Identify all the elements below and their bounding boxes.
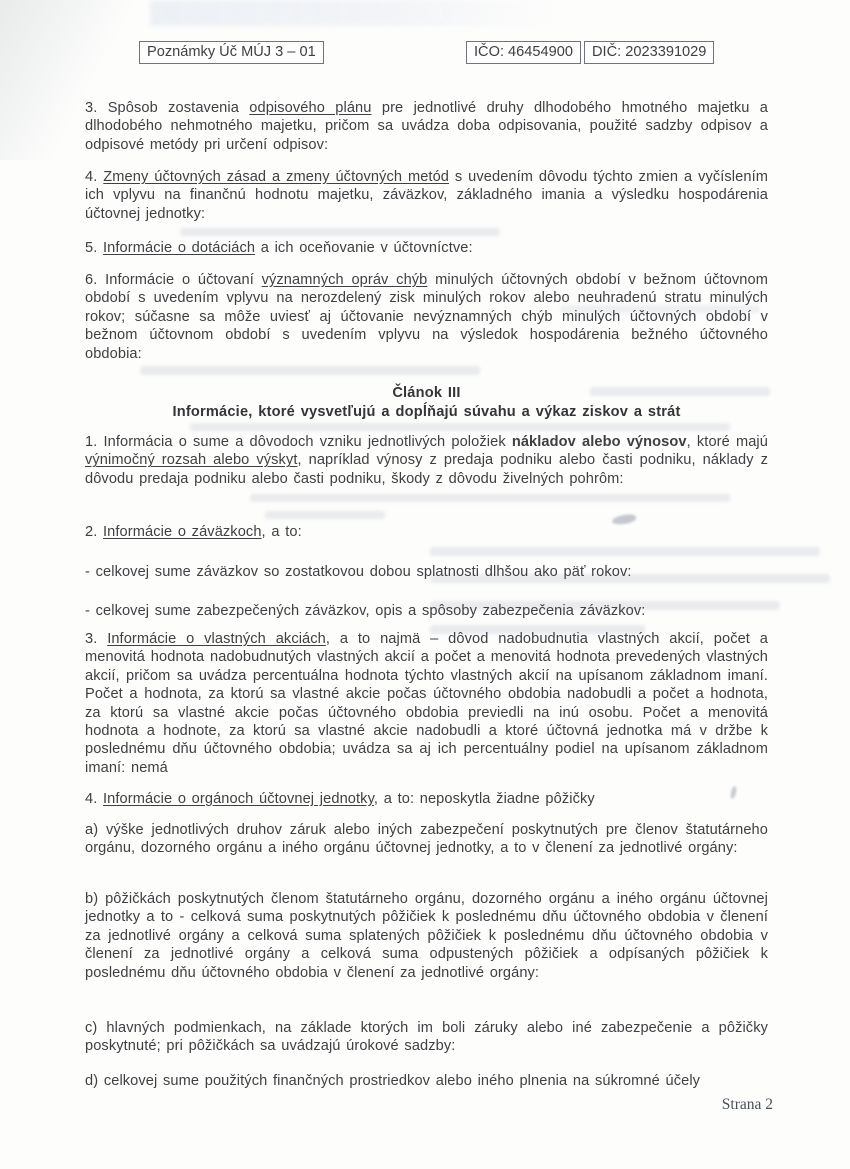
text-run: Článok III xyxy=(392,385,460,401)
text-run: 3. Spôsob zostavenia xyxy=(85,100,249,116)
text-run: c) hlavných podmienkach, na základe ktor… xyxy=(85,1020,768,1054)
paragraph-1-naklady-vynosy: 1. Informácia o sume a dôvodoch vzniku j… xyxy=(85,433,768,488)
bleedthrough-artifact xyxy=(140,366,480,375)
item-d-sukromne-ucely: d) celkovej sume použitých finančných pr… xyxy=(85,1072,768,1090)
dic-box: DIČ: 2023391029 xyxy=(584,41,714,64)
underlined-text: významných opráv chýb xyxy=(262,272,428,288)
bleedthrough-artifact xyxy=(265,511,385,519)
form-id-box: Poznámky Úč MÚJ 3 – 01 xyxy=(139,41,324,64)
bleedthrough-artifact xyxy=(190,423,730,431)
paragraph-4-zmeny-zasad: 4. Zmeny účtovných zásad a zmeny účtovný… xyxy=(85,168,768,223)
bold-text: nákladov alebo výnosov xyxy=(512,434,687,450)
article-heading: Článok III xyxy=(85,384,768,402)
text-run: , ktoré majú xyxy=(687,434,768,450)
paragraph-6-opravy-chyb: 6. Informácie o účtovaní významných oprá… xyxy=(85,271,768,363)
underlined-text: Informácie o záväzkoch xyxy=(103,524,262,540)
bleedthrough-artifact xyxy=(180,228,500,236)
text-run: 1. Informácia o sume a dôvodoch vzniku j… xyxy=(85,434,512,450)
page-number: Strana 2 xyxy=(85,1096,773,1114)
text-run: 6. Informácie o účtovaní xyxy=(85,272,262,288)
text-run: 4. xyxy=(85,169,103,185)
text-run: b) pôžičkách poskytnutých členom štatutá… xyxy=(85,891,768,981)
text-run: 5. xyxy=(85,240,103,256)
paragraph-3-odpisovy-plan: 3. Spôsob zostavenia odpisového plánu pr… xyxy=(85,99,768,154)
text-run: d) celkovej sume použitých finančných pr… xyxy=(85,1073,700,1089)
text-run: a ich oceňovanie v účtovníctve: xyxy=(255,240,473,256)
item-c-podmienky: c) hlavných podmienkach, na základe ktor… xyxy=(85,1019,768,1056)
item-b-pozicky: b) pôžičkách poskytnutých členom štatutá… xyxy=(85,890,768,982)
scan-top-texture xyxy=(150,0,550,26)
paragraph-2-zavazky: 2. Informácie o záväzkoch, a to: xyxy=(85,523,768,541)
bullet-zavazky-splatnost: - celkovej sume záväzkov so zostatkovou … xyxy=(85,563,768,581)
text-run: , a to: xyxy=(262,524,302,540)
underlined-text: Informácie o vlastných akciách xyxy=(107,631,326,647)
text-run: a) výške jednotlivých druhov záruk alebo… xyxy=(85,822,768,856)
paragraph-3-vlastne-akcie: 3. Informácie o vlastných akciách, a to … xyxy=(85,630,768,777)
underlined-text: Zmeny účtovných zásad a zmeny účtovných … xyxy=(103,169,449,185)
bleedthrough-artifact xyxy=(430,547,820,556)
text-run: 4. xyxy=(85,791,103,807)
paragraph-4-organy: 4. Informácie o orgánoch účtovnej jednot… xyxy=(85,790,768,808)
text-run: , a to najmä – dôvod nadobudnutia vlastn… xyxy=(85,631,768,776)
text-run: 3. xyxy=(85,631,107,647)
paragraph-5-dotacie: 5. Informácie o dotáciách a ich oceňovan… xyxy=(85,239,768,257)
article-subheading: Informácie, ktoré vysvetľujú a dopĺňajú … xyxy=(85,403,768,421)
item-a-zaruky: a) výške jednotlivých druhov záruk alebo… xyxy=(85,821,768,858)
underlined-text: odpisového plánu xyxy=(249,100,371,116)
scanned-document-page: Poznámky Úč MÚJ 3 – 01 IČO: 46454900 DIČ… xyxy=(0,0,850,1169)
ico-box: IČO: 46454900 xyxy=(466,41,581,64)
text-run: Informácie, ktoré vysvetľujú a dopĺňajú … xyxy=(172,404,680,420)
bleedthrough-artifact xyxy=(250,494,730,502)
text-run: - celkovej sume zabezpečených záväzkov, … xyxy=(85,603,645,619)
underlined-text: výnimočný rozsah alebo výskyt xyxy=(85,452,298,468)
bullet-zavazky-zabezpecenie: - celkovej sume zabezpečených záväzkov, … xyxy=(85,602,768,620)
underlined-text: Informácie o orgánoch účtovnej jednotky xyxy=(103,791,374,807)
underlined-text: Informácie o dotáciách xyxy=(103,240,255,256)
text-run: 2. xyxy=(85,524,103,540)
text-run: - celkovej sume záväzkov so zostatkovou … xyxy=(85,564,632,580)
text-run: , a to: neposkytla žiadne pôžičky xyxy=(374,791,595,807)
